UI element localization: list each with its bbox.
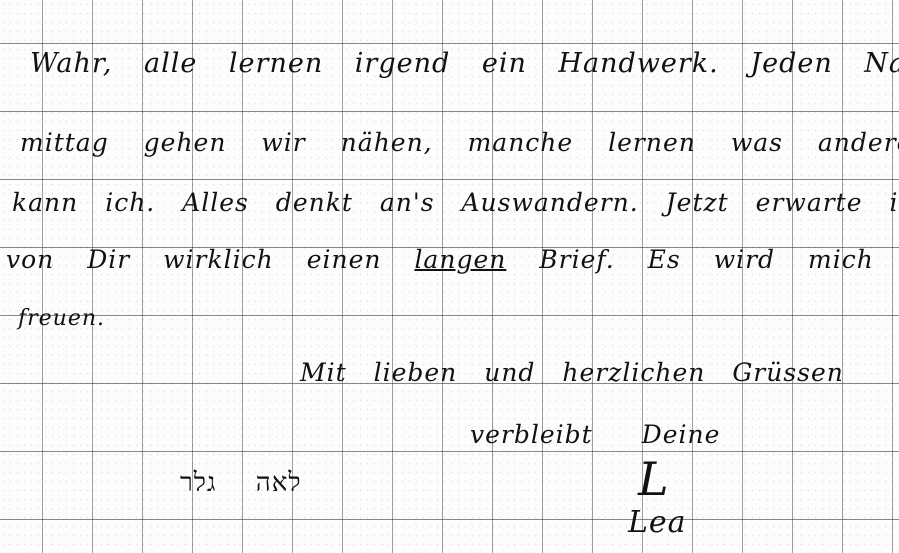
hebrew-annotation: לאה גלר — [180, 468, 302, 498]
letter-line-4-end: Brief. Es wird mich sehr — [539, 245, 899, 274]
underlined-word: langen — [414, 245, 506, 274]
letter-line-4: von Dir wirklich einen langen Brief. Es … — [6, 245, 899, 274]
closing-valediction: verbleibt Deine — [470, 420, 720, 449]
letter-line-1: Wahr, alle lernen irgend ein Handwerk. J… — [30, 48, 899, 79]
grid-paper — [0, 0, 899, 553]
letter-line-5: freuen. — [18, 306, 105, 331]
letter-line-3: kann ich. Alles denkt an's Auswandern. J… — [12, 188, 899, 217]
closing-greeting: Mit lieben und herzlichen Grüssen — [300, 358, 844, 387]
letter-line-4-start: von Dir wirklich einen — [6, 245, 381, 274]
signature-initial: L — [638, 452, 670, 506]
signature: Lea — [628, 505, 687, 540]
letter-line-2: mittag gehen wir nähen, manche lernen wa… — [20, 128, 899, 157]
